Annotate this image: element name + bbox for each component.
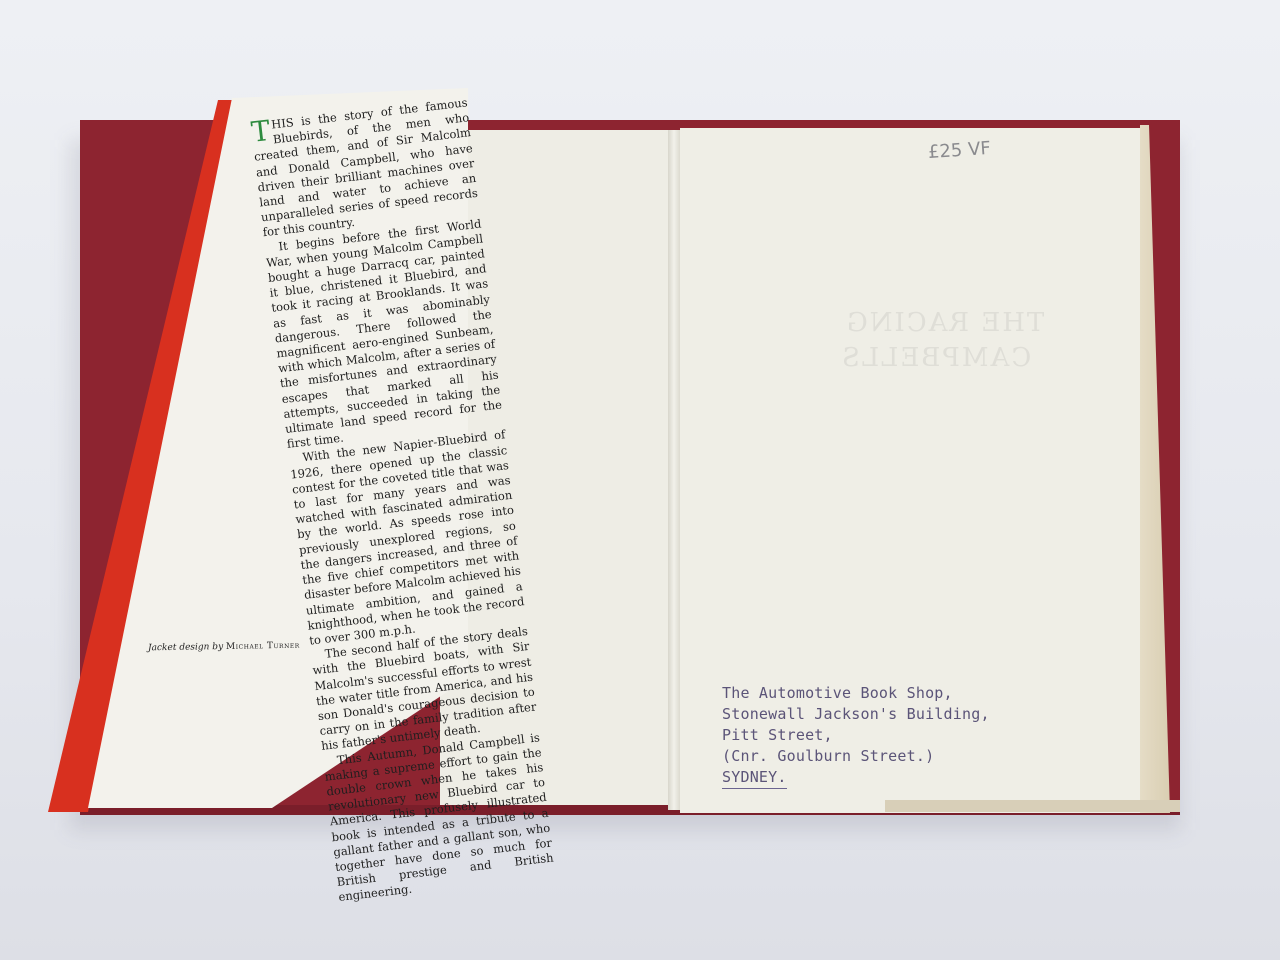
stamp-line: (Cnr. Goulburn Street.) <box>722 746 990 767</box>
blurb-paragraph: With the new Napier-Bluebird of 1926, th… <box>288 428 527 649</box>
show-through-title-2: CAMPBELLS <box>840 343 1031 373</box>
stamp-line: The Automotive Book Shop, <box>722 683 990 704</box>
credit-name: Michael Turner <box>226 641 300 652</box>
pencil-price-note: £25 VF <box>927 138 991 163</box>
blurb-paragraph: This Autumn, Donald Campbell is making a… <box>322 730 556 906</box>
page-block-bottom <box>885 800 1180 812</box>
stamp-line-city: SYDNEY. <box>722 767 787 789</box>
stamp-line: Pitt Street, <box>722 725 990 746</box>
credit-prefix: Jacket design by <box>148 642 223 653</box>
stamp-line: Stonewall Jackson's Building, <box>722 704 990 725</box>
bookshop-stamp: The Automotive Book Shop, Stonewall Jack… <box>722 683 990 789</box>
book-gutter <box>668 130 680 810</box>
show-through-title-1: THE RACING <box>845 308 1044 338</box>
blurb-paragraph: It begins before the first World War, wh… <box>264 216 505 452</box>
drop-cap: T <box>250 118 272 146</box>
